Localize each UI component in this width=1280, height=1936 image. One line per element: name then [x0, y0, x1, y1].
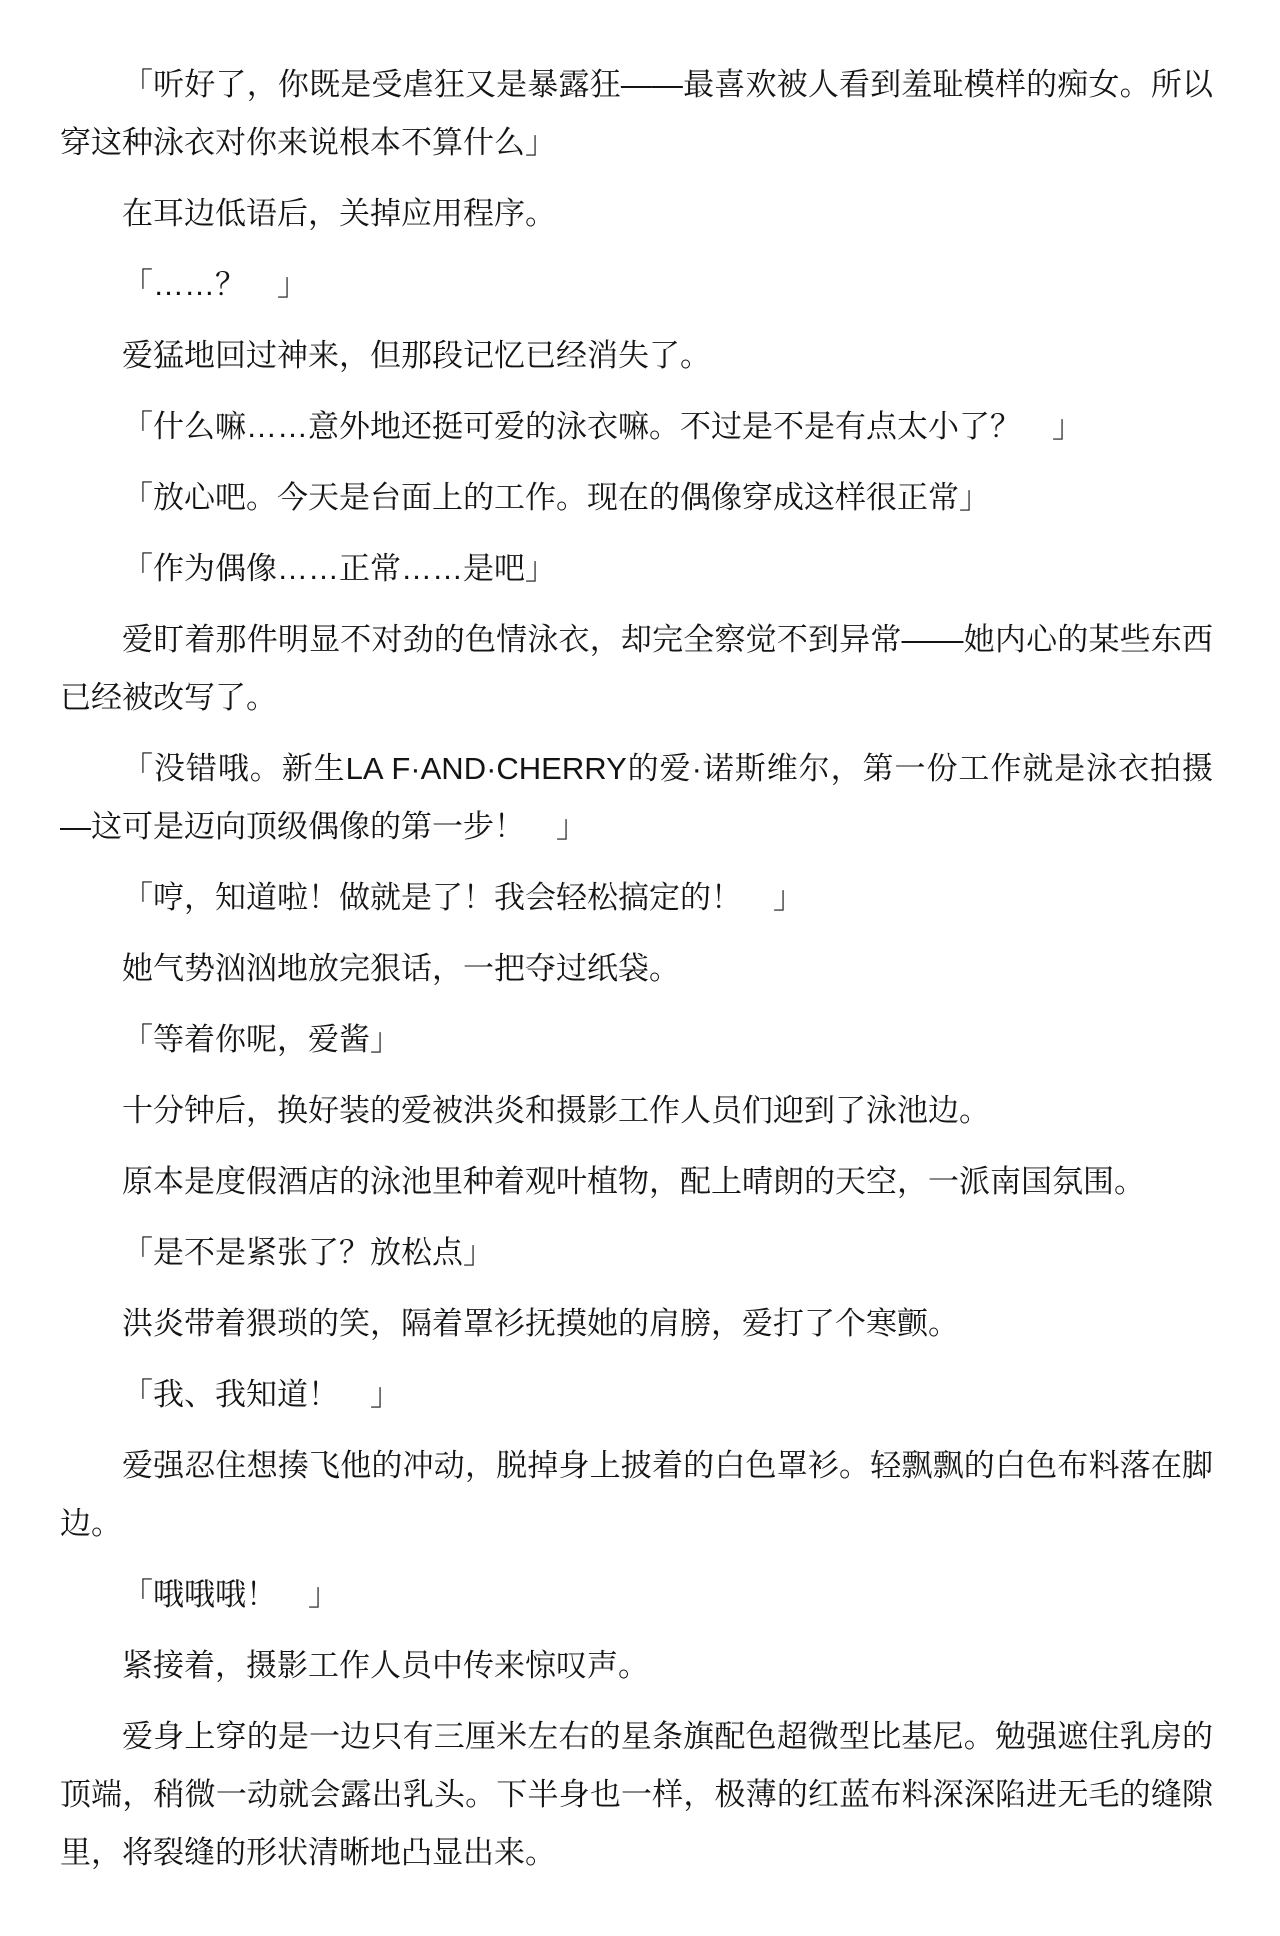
- paragraph: 洪炎带着猥琐的笑，隔着罩衫抚摸她的肩膀，爱打了个寒颤。: [60, 1295, 1213, 1353]
- paragraph: 爱强忍住想揍飞他的冲动，脱掉身上披着的白色罩衫。轻飘飘的白色布料落在脚边。: [60, 1437, 1213, 1553]
- paragraph: 她气势汹汹地放完狠话，一把夺过纸袋。: [60, 940, 1213, 998]
- paragraph: 「作为偶像……正常……是吧」: [60, 540, 1213, 598]
- paragraph: 「什么嘛……意外地还挺可爱的泳衣嘛。不过是不是有点太小了？ 」: [60, 398, 1213, 456]
- paragraph: 原本是度假酒店的泳池里种着观叶植物，配上晴朗的天空，一派南国氛围。: [60, 1153, 1213, 1211]
- paragraph: 紧接着，摄影工作人员中传来惊叹声。: [60, 1637, 1213, 1695]
- paragraph: 在耳边低语后，关掉应用程序。: [60, 185, 1213, 243]
- paragraph: 爱盯着那件明显不对劲的色情泳衣，却完全察觉不到异常——她内心的某些东西已经被改写…: [60, 611, 1213, 727]
- paragraph: 「哦哦哦！ 」: [60, 1566, 1213, 1624]
- paragraph: 「等着你呢，爱酱」: [60, 1011, 1213, 1069]
- paragraph: 「哼，知道啦！做就是了！我会轻松搞定的！ 」: [60, 869, 1213, 927]
- document-page: 「听好了，你既是受虐狂又是暴露狂——最喜欢被人看到羞耻模样的痴女。所以穿这种泳衣…: [0, 0, 1280, 1936]
- paragraph: 「放心吧。今天是台面上的工作。现在的偶像穿成这样很正常」: [60, 469, 1213, 527]
- paragraph: 十分钟后，换好装的爱被洪炎和摄影工作人员们迎到了泳池边。: [60, 1082, 1213, 1140]
- paragraph: 「……？ 」: [60, 256, 1213, 314]
- paragraph: 爱身上穿的是一边只有三厘米左右的星条旗配色超微型比基尼。勉强遮住乳房的顶端，稍微…: [60, 1708, 1213, 1882]
- paragraph: 「没错哦。新生LA F·AND·CHERRY的爱·诺斯维尔，第一份工作就是泳衣拍…: [60, 740, 1213, 856]
- paragraph: 爱猛地回过神来，但那段记忆已经消失了。: [60, 327, 1213, 385]
- paragraph: 「听好了，你既是受虐狂又是暴露狂——最喜欢被人看到羞耻模样的痴女。所以穿这种泳衣…: [60, 56, 1213, 172]
- paragraph: 「是不是紧张了？放松点」: [60, 1224, 1213, 1282]
- paragraph: 「我、我知道！ 」: [60, 1366, 1213, 1424]
- text-column: 「听好了，你既是受虐狂又是暴露狂——最喜欢被人看到羞耻模样的痴女。所以穿这种泳衣…: [60, 56, 1213, 1882]
